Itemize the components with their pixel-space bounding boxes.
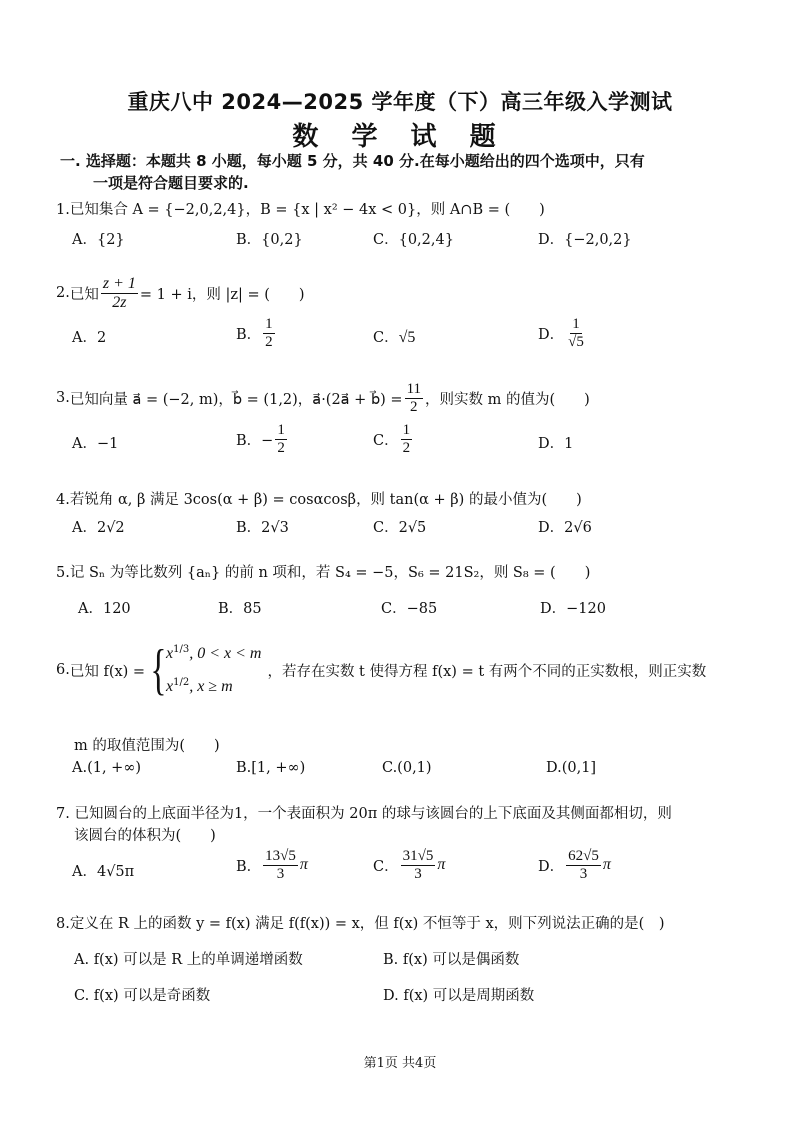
left-brace: {: [150, 642, 166, 698]
q1-option-d: D．{−2,0,2}: [538, 228, 632, 249]
section-heading: 一. 选择题：本题共 8 小题，每小题 5 分，共 40 分.在每小题给出的四个…: [60, 150, 645, 171]
question-2: 2.已知 z + 12z = 1 + i，则 |z| = ( ): [56, 275, 305, 311]
question-4: 4.若锐角 α, β 满足 3cos(α + β) = cosαcosβ，则 t…: [56, 488, 582, 509]
q2-option-c: C．√5: [373, 326, 415, 347]
question-stem-suffix: = 1 + i，则 |z| = ( ): [140, 283, 305, 304]
q5-option-d: D．−120: [540, 597, 606, 618]
q7-option-a: A．4√5π: [72, 860, 134, 881]
subject-title: 数 学 试 题: [0, 116, 800, 153]
q3-option-c: C． 12: [373, 422, 414, 456]
q1-option-a: A．{2}: [72, 228, 125, 249]
q6-option-c: C.(0,1): [382, 760, 432, 776]
q7-option-c: C． 31√53π: [373, 848, 445, 882]
q5-option-b: B．85: [218, 597, 262, 618]
q6-option-b: B.[1, +∞): [236, 760, 305, 776]
q8-option-a: A. f(x) 可以是 R 上的单调递增函数: [74, 948, 303, 969]
question-6-cont: m 的取值范围为( ): [74, 734, 220, 755]
q3-option-b: B．− 12: [236, 422, 289, 456]
fraction: z + 12z: [101, 275, 138, 311]
piecewise-cases: x1/3, 0 < x < m x1/2, x ≥ m: [166, 644, 261, 696]
q2-option-d: D． 1√5: [538, 316, 588, 350]
q4-option-b: B．2√3: [236, 516, 289, 537]
q8-option-d: D. f(x) 可以是周期函数: [383, 984, 534, 1005]
q1-option-c: C．{0,2,4}: [373, 228, 454, 249]
q2-option-b: B． 12: [236, 316, 277, 350]
question-8: 8.定义在 R 上的函数 y = f(x) 满足 f(f(x)) = x，但 f…: [56, 912, 664, 933]
q4-option-d: D．2√6: [538, 516, 592, 537]
q3-option-a: A．−1: [72, 432, 118, 453]
question-7-cont: 该圆台的体积为( ): [74, 824, 216, 845]
q4-option-a: A．2√2: [72, 516, 125, 537]
q5-option-c: C．−85: [381, 597, 437, 618]
q8-option-b: B. f(x) 可以是偶函数: [383, 948, 519, 969]
q7-option-b: B． 13√53π: [236, 848, 308, 882]
q2-option-a: A．2: [72, 326, 106, 347]
q5-option-a: A．120: [78, 597, 131, 618]
question-3: 3.已知向量 a⃗ = (−2, m)，b⃗ = (1,2)，a⃗·(2a⃗ +…: [56, 381, 590, 415]
q6-option-a: A.(1, +∞): [72, 760, 141, 776]
question-6: 6.已知 f(x) = { x1/3, 0 < x < m x1/2, x ≥ …: [56, 642, 706, 698]
exam-title: 重庆八中 2024—2025 学年度（下）高三年级入学测试: [0, 86, 800, 116]
question-1: 1.已知集合 A = {−2,0,2,4}，B = {x | x² − 4x <…: [56, 198, 545, 219]
q4-option-c: C．2√5: [373, 516, 426, 537]
page-footer: 第1页 共4页: [0, 1052, 800, 1071]
question-number: 1.: [56, 202, 70, 218]
question-5: 5.记 Sₙ 为等比数列 {aₙ} 的前 n 项和，若 S₄ = −5，S₆ =…: [56, 561, 590, 582]
question-stem: 已知集合 A = {−2,0,2,4}，B = {x | x² − 4x < 0…: [70, 202, 545, 218]
q8-option-c: C. f(x) 可以是奇函数: [74, 984, 210, 1005]
q3-option-d: D．1: [538, 432, 573, 453]
q1-option-b: B．{0,2}: [236, 228, 303, 249]
question-7: 7. 已知圆台的上底面半径为1，一个表面积为 20π 的球与该圆台的上下底面及其…: [56, 802, 672, 823]
section-heading-cont: 一项是符合题目要求的.: [93, 172, 249, 193]
question-stem-prefix: 已知: [70, 283, 99, 304]
q6-option-d: D.(0,1]: [546, 760, 596, 776]
question-number: 2.: [56, 285, 70, 301]
q7-option-d: D． 62√53π: [538, 848, 611, 882]
